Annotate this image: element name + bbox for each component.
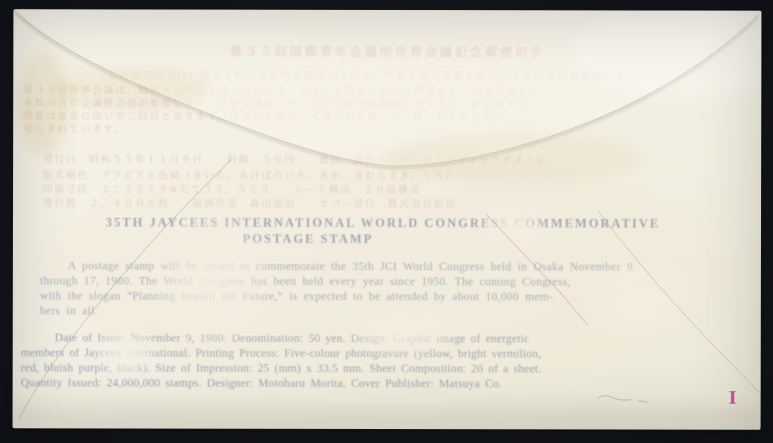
- toning-stains: [13, 9, 762, 430]
- photo-background: 第３５回国際青年会議所世界会議記念郵便切手 この郵便切手は、第３５回国際青年会議…: [0, 0, 773, 443]
- paper-detail-overlay: [13, 9, 762, 430]
- catalog-mark: I: [723, 389, 743, 409]
- envelope-back: 第３５回国際青年会議所世界会議記念郵便切手 この郵便切手は、第３５回国際青年会議…: [13, 9, 762, 430]
- pencil-mark: [598, 396, 648, 403]
